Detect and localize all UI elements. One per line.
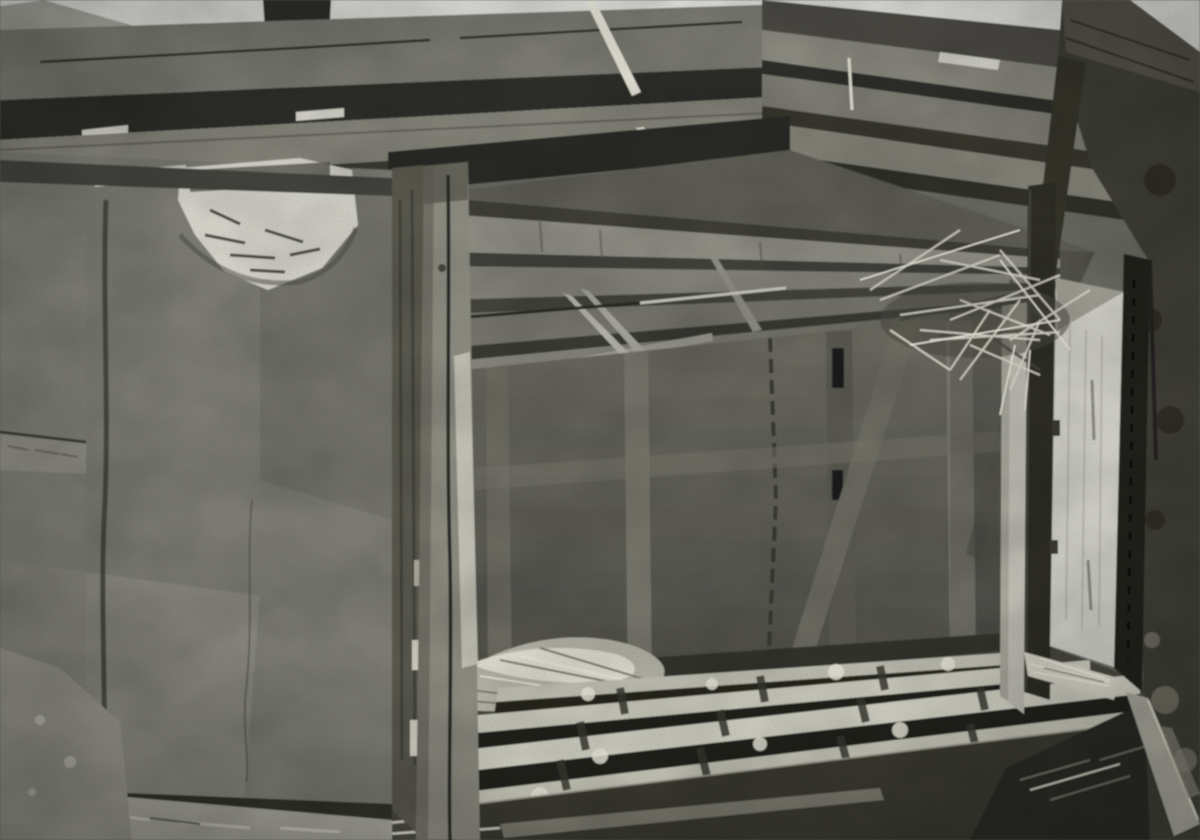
- photo-canvas: [0, 0, 1200, 840]
- photo-frame: [0, 0, 1200, 840]
- vignette: [0, 0, 1200, 840]
